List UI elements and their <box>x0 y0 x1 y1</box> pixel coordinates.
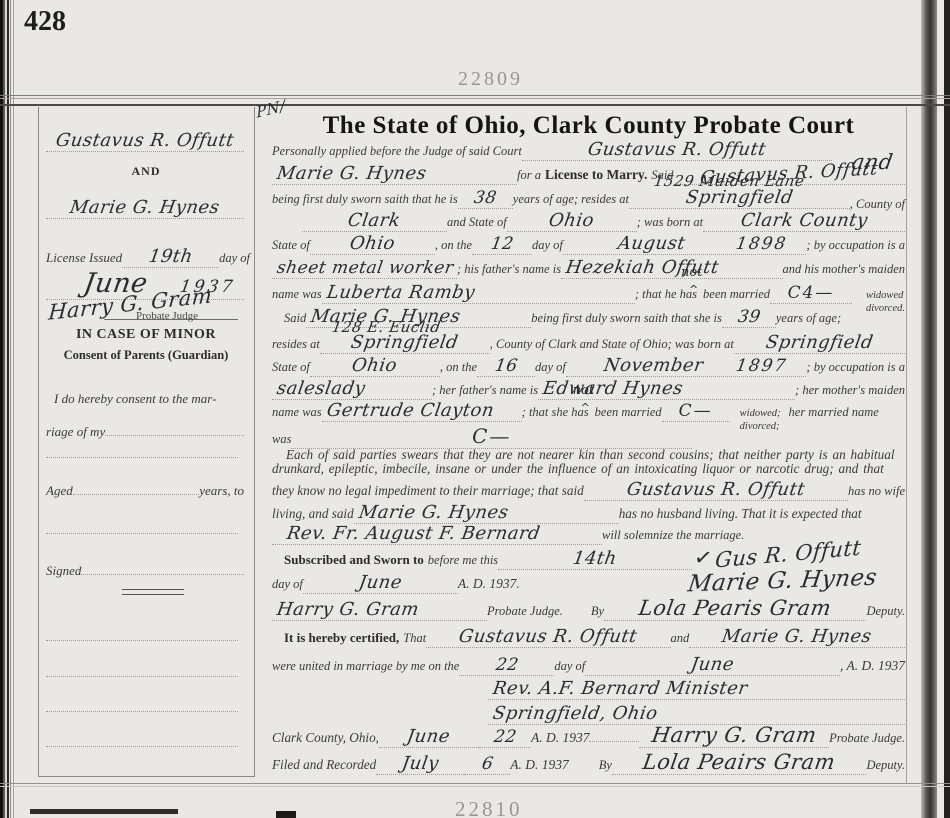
ad3-label: A. D. 1937 <box>531 730 590 746</box>
line-united: were united in marriage by me on the 22 … <box>272 654 905 676</box>
widowed2-label: widowed; <box>740 408 781 421</box>
line-license: Marie G. Hynes for a License to Marry. S… <box>272 163 905 185</box>
state-of-label: State of <box>272 238 310 253</box>
on-the2-label: , on the <box>440 360 477 375</box>
been-married2-label: been married <box>595 405 662 420</box>
married-times-mark2: C— <box>679 401 713 421</box>
page-title: The State of Ohio, Clark County Probate … <box>272 112 905 140</box>
groom-birthplace: Clark County <box>739 210 869 231</box>
line-groom-occupation: sheet metal worker ; his father's name i… <box>272 257 905 279</box>
sworn-he-label: being first duly sworn saith that he is <box>272 192 458 207</box>
line-no-wife: they know no legal impediment to their m… <box>272 479 905 501</box>
dotted-gap <box>589 731 639 742</box>
on-the-label: , on the <box>435 238 472 253</box>
license-to-marry-label: License to Marry. <box>545 167 647 183</box>
line-applied: Personally applied before the Judge of s… <box>272 139 832 161</box>
line-no-husband: living, and said Marie G. Hynes has no h… <box>272 502 905 524</box>
groom-city: Springfield <box>684 187 795 208</box>
her-mother-label: ; her mother's maiden <box>795 383 905 398</box>
her-father-label: ; her father's name is <box>432 383 538 398</box>
groom-state: Ohio <box>548 210 596 231</box>
bottom-rule <box>0 786 950 787</box>
she-has-label: ; that she has <box>522 405 589 420</box>
bride-age: 39 <box>736 307 762 327</box>
marriage-day: 22 <box>494 655 520 675</box>
and-state-label: and State of <box>447 215 507 230</box>
that-label: That <box>403 631 426 646</box>
bride-name-impediment: Marie G. Hynes <box>357 502 510 523</box>
deputy-name: Lola Pearis Gram <box>637 596 833 620</box>
aged-blank <box>73 484 200 495</box>
check-mark: ✓ <box>692 545 714 572</box>
binding-stripe <box>10 0 11 818</box>
certified-label: It is hereby certified, <box>272 630 399 646</box>
signature-equals-mark <box>122 589 184 595</box>
bride-birthplace: Springfield <box>764 332 875 353</box>
sidebar-blank <box>46 445 238 458</box>
he-has-label: ; that he has <box>635 287 697 302</box>
line-judge-deputy: Harry G. Gram Probate Judge. By Lola Pea… <box>272 596 905 621</box>
probate-court-record-page: 428 22809 22810 PN/ The State of Ohio, C… <box>0 0 950 818</box>
top-rule <box>0 98 950 99</box>
for-a-label: for a <box>517 168 541 183</box>
minister-signature: Rev. A.F. Bernard Minister <box>491 678 749 699</box>
line-groom-age: being first duly sworn saith that he is … <box>272 187 905 209</box>
groom-birth-state: Ohio <box>348 233 396 254</box>
sidebar-bottom-border <box>38 776 255 777</box>
born-at-label: ; was born at <box>637 215 703 230</box>
united-label: were united in marriage by me on the <box>272 659 459 674</box>
married-times-mark: C4— <box>788 283 835 303</box>
line-sworn-date: day of June A. D. 1937. <box>272 572 672 594</box>
consent-line2-row: riage of my <box>46 424 244 440</box>
occupation2-label: ; by occupation is a <box>806 360 905 375</box>
not-insertion: not ^ <box>697 282 703 298</box>
sidebar-party1: Gustavus R. Offutt <box>54 130 235 151</box>
was-label: was <box>272 432 291 447</box>
binding-stripe <box>13 0 14 818</box>
impediment-label: they know no legal impediment to their m… <box>272 483 584 499</box>
aged-row: Aged years, to <box>46 483 244 499</box>
occupation-label: ; by occupation is a <box>806 238 905 253</box>
line-minister-place: Springfield, Ohio <box>488 703 905 725</box>
no-husband-label: has no husband living. That it is expect… <box>619 506 862 522</box>
by2-label: By <box>599 758 612 773</box>
filed-month: July <box>400 753 440 774</box>
sidebar-right-border <box>254 107 255 777</box>
said2-label: Said <box>272 311 306 326</box>
groom-mother: Luberta Ramby <box>325 282 476 303</box>
day-of4-label: day of <box>554 659 585 674</box>
before-me-label: before me this <box>428 553 498 568</box>
bride-name-certified: Marie G. Hynes <box>721 626 874 647</box>
groom-street: 1529 Maiden Lane <box>653 172 806 190</box>
father-label: ; his father's name is <box>457 262 561 277</box>
oath-paragraph-2: drunkard, epileptic, imbecile, insane or… <box>272 461 905 477</box>
day-of-label: day of <box>219 251 250 266</box>
judge-name: Harry G. Gram <box>275 599 420 620</box>
married-name-mark: C— <box>472 424 511 448</box>
sidebar-probate-judge-label: Probate Judge <box>136 310 198 322</box>
not-word: not <box>681 265 702 280</box>
sidebar-party2: Marie G. Hynes <box>69 197 222 218</box>
subscribed-label: Subscribed and Sworn to <box>272 552 424 568</box>
by-label: By <box>591 604 604 619</box>
minister-place: Springfield, Ohio <box>491 703 659 724</box>
line-bride-residence: resides at Springfield 128 E. Euclid , C… <box>272 332 905 354</box>
bride-signature: Marie G. Hynes <box>686 565 879 598</box>
divorced2-label: divorced; <box>740 421 781 434</box>
judge-signature2: Harry G. Gram <box>650 723 818 747</box>
license-issued-label: License Issued <box>46 250 122 266</box>
caret-mark2: ^ <box>581 401 590 414</box>
filed-label: Filed and Recorded <box>272 757 376 773</box>
form-right-border <box>906 107 907 783</box>
married-name-label: her married name <box>789 405 879 420</box>
groom-name-applied: Gustavus R. Offutt <box>586 139 767 160</box>
day-of2-label: day of <box>535 360 566 375</box>
sidebar-blank <box>46 734 238 747</box>
page-gutter-shadow <box>921 0 937 818</box>
consent-line1: I do hereby consent to the mar- <box>54 391 216 407</box>
line-certified: It is hereby certified, That Gustavus R.… <box>272 626 905 648</box>
deputy-label: Deputy. <box>866 604 905 619</box>
next-record-rule <box>30 809 178 814</box>
probate-judge-label: Probate Judge. <box>487 604 563 619</box>
top-rule <box>0 104 950 106</box>
resides-at-label: resides at <box>272 337 320 352</box>
line-minister: Rev. A.F. Bernard Minister <box>488 678 905 700</box>
caret-mark: ^ <box>689 283 698 296</box>
line-subscribed: Subscribed and Sworn to before me this 1… <box>272 548 692 570</box>
page-number: 428 <box>24 6 66 38</box>
sworn-she-label: being first duly sworn saith that she is <box>531 311 722 326</box>
bride-street: 128 E. Euclid <box>330 318 441 336</box>
not-word2: not <box>573 383 594 398</box>
license-day: 19th <box>147 246 194 267</box>
bride-birth-day: 16 <box>493 356 519 376</box>
ad2-label: , A. D. 1937 <box>840 658 905 674</box>
county-clark-label: , County of Clark and State of Ohio; was… <box>490 337 734 352</box>
years-age-label: years of age; <box>776 311 841 326</box>
record-day: 22 <box>492 727 518 747</box>
line-bride-birth: State of Ohio , on the 16 day of Novembe… <box>272 355 905 377</box>
sidebar-party2-row: Marie G. Hynes <box>46 197 244 219</box>
groom-birth-month: August <box>617 233 688 254</box>
groom-birth-year: 1898 <box>735 234 789 254</box>
sworn-month: June <box>357 572 403 593</box>
officiant-name: Rev. Fr. August F. Bernard <box>285 523 542 544</box>
not-insertion2: not ^ <box>589 400 595 416</box>
applied-label: Personally applied before the Judge of s… <box>272 144 522 159</box>
sidebar-blank <box>46 699 238 712</box>
groom-age: 38 <box>472 188 498 208</box>
sidebar-blank <box>46 521 238 534</box>
deputy-name2: Lola Peairs Gram <box>641 750 837 774</box>
record-month: June <box>406 726 452 747</box>
widowed-divorced-stack2: widowed; divorced; <box>740 408 781 433</box>
consent-blank <box>105 425 244 436</box>
line-filed: Filed and Recorded July 6 A. D. 1937 By … <box>272 750 905 775</box>
sidebar-blank <box>46 664 238 677</box>
sidebar-party1-row: Gustavus R. Offutt <box>46 130 244 152</box>
ad1-label: A. D. 1937. <box>458 576 520 592</box>
line-married-name: was C— <box>272 424 692 449</box>
living-label: living, and said <box>272 506 354 522</box>
sworn-day: 14th <box>572 548 619 569</box>
top-rule <box>0 95 950 96</box>
day-of3-label: day of <box>272 577 303 592</box>
solemnize-label: will solemnize the marriage. <box>602 528 744 543</box>
sidebar-blank <box>46 628 238 641</box>
consent-line2: riage of my <box>46 424 105 440</box>
deputy2-label: Deputy. <box>866 758 905 773</box>
day-of-label: day of <box>532 238 563 253</box>
bride-birth-month: November <box>602 355 705 376</box>
groom-birth-day: 12 <box>489 234 515 254</box>
name-was-label: name was <box>272 287 322 302</box>
bride-name-applied: Marie G. Hynes <box>275 163 428 184</box>
page-right-edge <box>944 0 950 818</box>
bride-birth-state: Ohio <box>351 355 399 376</box>
groom-county: Clark <box>347 210 403 231</box>
signed-row: Signed <box>46 563 244 579</box>
state-of2-label: State of <box>272 360 310 375</box>
sidebar-license-row: License Issued 19th day of <box>46 246 250 268</box>
groom-name-certified: Gustavus R. Offutt <box>458 626 639 647</box>
signed-label: Signed <box>46 563 81 579</box>
filed-day: 6 <box>480 754 494 774</box>
resides-label: years of age; resides at <box>513 192 629 207</box>
bride-mother: Gertrude Clayton <box>325 400 495 421</box>
record-number-bottom: 22810 <box>455 797 523 818</box>
widowed-label: widowed <box>866 290 905 303</box>
line-officiant: Rev. Fr. August F. Bernard will solemniz… <box>272 523 752 545</box>
bride-birth-year: 1897 <box>735 356 789 376</box>
bride-father: Edward Hynes <box>541 378 684 399</box>
aged-label: Aged <box>46 483 73 499</box>
bride-occupation: saleslady <box>275 378 367 399</box>
sidebar-and-label: AND <box>38 164 254 179</box>
record-number-top: 22809 <box>458 68 523 91</box>
no-wife-label: has no wife <box>848 484 905 499</box>
minor-title: IN CASE OF MINOR <box>38 327 254 343</box>
sidebar-left-border <box>38 107 39 777</box>
clark-county-label: Clark County, Ohio, <box>272 730 379 746</box>
line-groom-birth: State of Ohio , on the 12 day of August … <box>272 233 905 255</box>
line-groom-county: Clark and State of Ohio ; was born at Cl… <box>272 210 905 232</box>
ad4-label: A. D. 1937 <box>510 757 569 773</box>
been-married-label: been married <box>703 287 770 302</box>
groom-occupation: sheet metal worker <box>275 258 455 278</box>
next-record-mark <box>276 811 296 818</box>
minor-subtitle: Consent of Parents (Guardian) <box>38 348 254 363</box>
line-county-date: Clark County, Ohio, June 22 A. D. 1937 H… <box>272 723 905 748</box>
name-was2-label: name was <box>272 405 322 420</box>
binding-stripe <box>7 0 9 818</box>
bottom-rule <box>0 783 950 784</box>
mother-maiden-label: and his mother's maiden <box>783 262 905 277</box>
marriage-month: June <box>689 654 735 675</box>
and2-label: and <box>671 631 690 646</box>
probate-judge2-label: Probate Judge. <box>829 731 905 746</box>
groom-name-impediment: Gustavus R. Offutt <box>625 479 806 500</box>
years-to-label: years, to <box>199 483 244 499</box>
signed-blank <box>81 564 244 575</box>
